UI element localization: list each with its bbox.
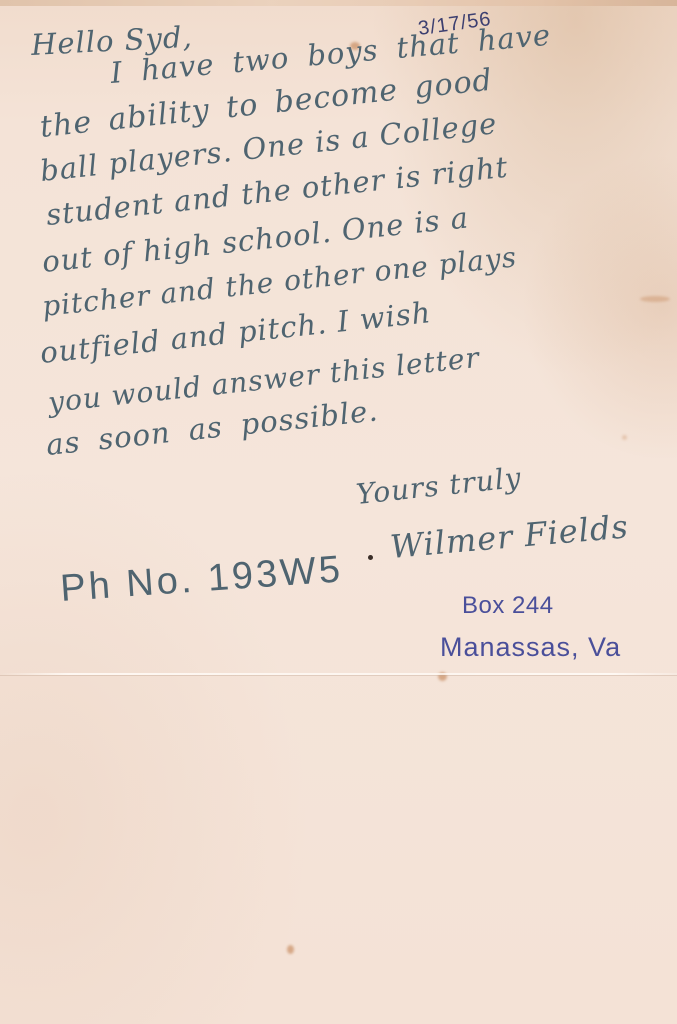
address-line-2: Manassas, Va	[440, 632, 621, 663]
stain	[622, 435, 627, 440]
address-line-1: Box 244	[462, 592, 554, 620]
letter-page: 3/17/56 Hello Syd, I have two boys that …	[0, 0, 677, 1024]
paper-top-edge	[0, 0, 677, 6]
stain	[287, 945, 294, 954]
stain	[640, 296, 670, 302]
paper-fold-line	[0, 673, 677, 675]
letter-closing: Yours truly	[355, 461, 524, 511]
ink-dot	[368, 555, 373, 560]
letter-signature: Wilmer Fields	[389, 507, 630, 566]
phone-number: Ph No. 193W5	[59, 548, 344, 611]
